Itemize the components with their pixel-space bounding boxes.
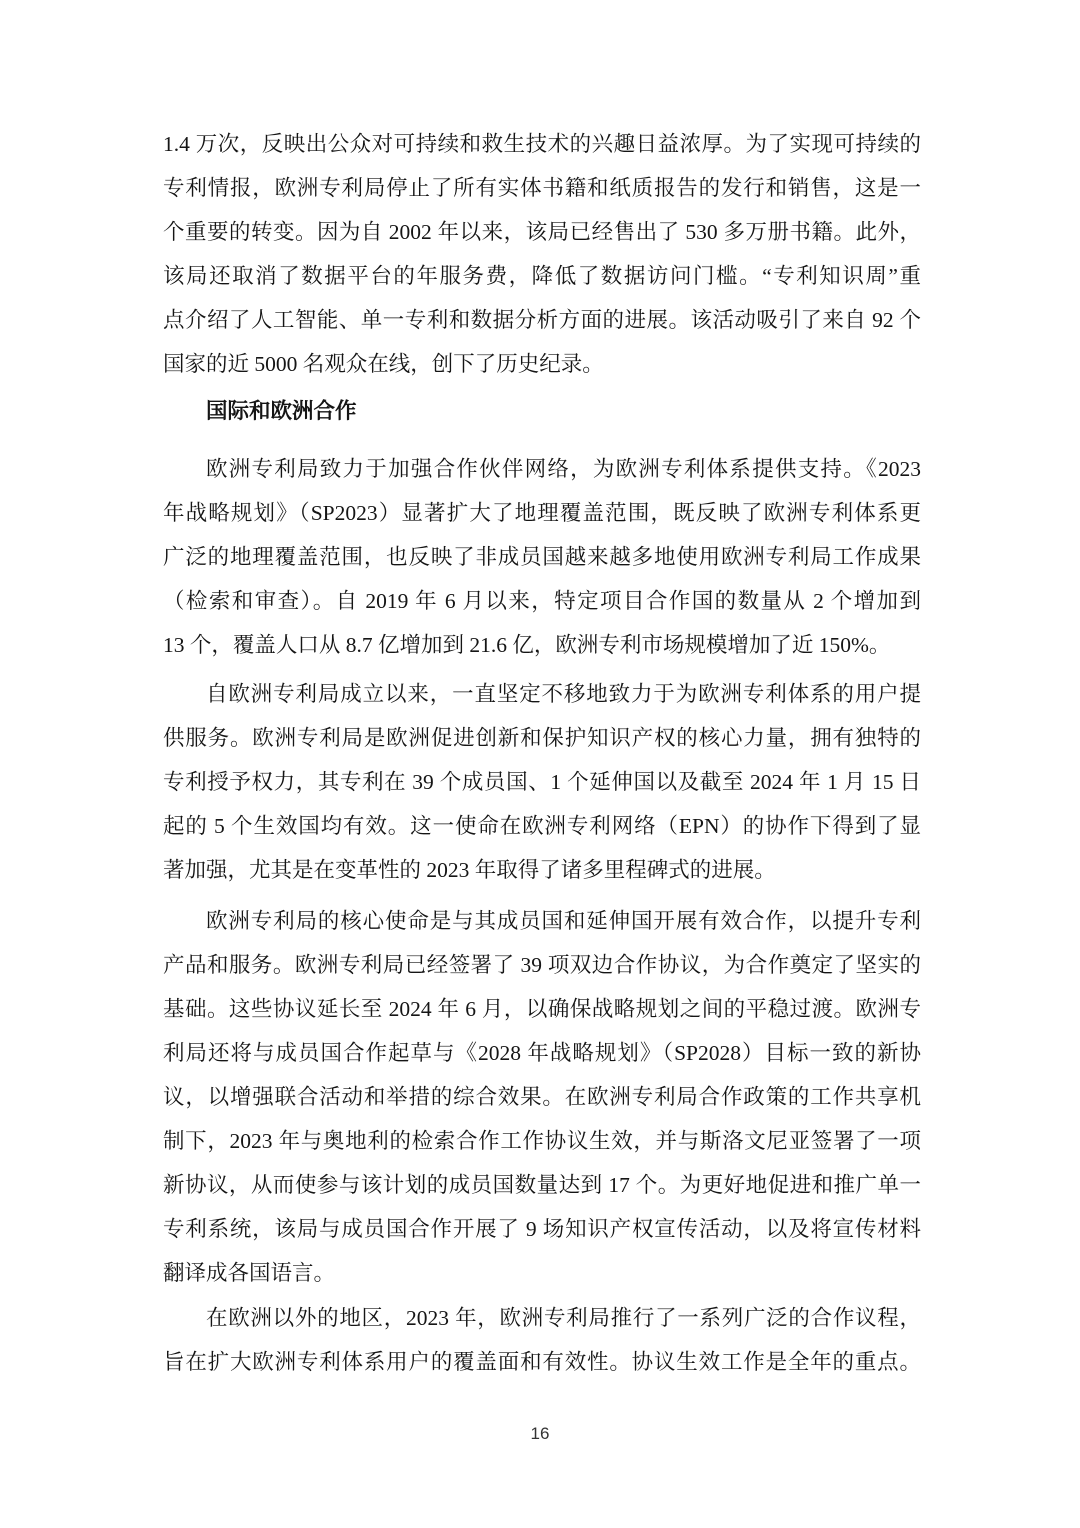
text-line: 13 个，覆盖人口从 8.7 亿增加到 21.6 亿，欧洲专利市场规模增加了近 …	[163, 623, 921, 667]
text-line: 专利情报，欧洲专利局停止了所有实体书籍和纸质报告的发行和销售，这是一	[163, 166, 921, 210]
text-line: 翻译成各国语言。	[163, 1251, 921, 1295]
section-heading-international-cooperation: 国际和欧洲合作	[163, 389, 921, 433]
text-line: 利局还将与成员国合作起草与《2028 年战略规划》（SP2028）目标一致的新协	[163, 1031, 921, 1075]
text-line: 著加强，尤其是在变革性的 2023 年取得了诸多里程碑式的进展。	[163, 848, 921, 892]
text-line: 点介绍了人工智能、单一专利和数据分析方面的进展。该活动吸引了来自 92 个	[163, 298, 921, 342]
paragraph-patent-intelligence: 1.4 万次，反映出公众对可持续和救生技术的兴趣日益浓厚。为了实现可持续的 专利…	[163, 122, 921, 386]
paragraph-beyond-europe: 在欧洲以外的地区，2023 年，欧洲专利局推行了一系列广泛的合作议程， 旨在扩大…	[163, 1296, 921, 1384]
text-line: 1.4 万次，反映出公众对可持续和救生技术的兴趣日益浓厚。为了实现可持续的	[163, 122, 921, 166]
text-line: 欧洲专利局的核心使命是与其成员国和延伸国开展有效合作，以提升专利	[163, 899, 921, 943]
text-line: 专利系统，该局与成员国合作开展了 9 场知识产权宣传活动，以及将宣传材料	[163, 1207, 921, 1251]
page-content: 1.4 万次，反映出公众对可持续和救生技术的兴趣日益浓厚。为了实现可持续的 专利…	[163, 122, 921, 1384]
text-line: 年战略规划》（SP2023）显著扩大了地理覆盖范围，既反映了欧洲专利体系更	[163, 491, 921, 535]
document-page: 1.4 万次，反映出公众对可持续和救生技术的兴趣日益浓厚。为了实现可持续的 专利…	[0, 0, 1080, 1528]
text-line: 欧洲专利局致力于加强合作伙伴网络，为欧洲专利体系提供支持。《2023	[163, 447, 921, 491]
text-line: （检索和审查）。自 2019 年 6 月以来，特定项目合作国的数量从 2 个增加…	[163, 579, 921, 623]
text-line: 国家的近 5000 名观众在线，创下了历史纪录。	[163, 342, 921, 386]
text-line: 专利授予权力，其专利在 39 个成员国、1 个延伸国以及截至 2024 年 1 …	[163, 760, 921, 804]
paragraph-epo-mission: 自欧洲专利局成立以来，一直坚定不移地致力于为欧洲专利体系的用户提 供服务。欧洲专…	[163, 672, 921, 892]
page-number: 16	[531, 1424, 550, 1443]
text-line: 该局还取消了数据平台的年服务费，降低了数据访问门槛。“专利知识周”重	[163, 254, 921, 298]
paragraph-member-state-cooperation: 欧洲专利局的核心使命是与其成员国和延伸国开展有效合作，以提升专利 产品和服务。欧…	[163, 899, 921, 1295]
text-line: 个重要的转变。因为自 2002 年以来，该局已经售出了 530 多万册书籍。此外…	[163, 210, 921, 254]
paragraph-strategic-plan-2023: 欧洲专利局致力于加强合作伙伴网络，为欧洲专利体系提供支持。《2023 年战略规划…	[163, 447, 921, 667]
text-line: 旨在扩大欧洲专利体系用户的覆盖面和有效性。协议生效工作是全年的重点。	[163, 1340, 921, 1384]
text-line: 制下，2023 年与奥地利的检索合作工作协议生效，并与斯洛文尼亚签署了一项	[163, 1119, 921, 1163]
text-line: 广泛的地理覆盖范围，也反映了非成员国越来越多地使用欧洲专利局工作成果	[163, 535, 921, 579]
text-line: 产品和服务。欧洲专利局已经签署了 39 项双边合作协议，为合作奠定了坚实的	[163, 943, 921, 987]
text-line: 基础。这些协议延长至 2024 年 6 月，以确保战略规划之间的平稳过渡。欧洲专	[163, 987, 921, 1031]
text-line: 供服务。欧洲专利局是欧洲促进创新和保护知识产权的核心力量，拥有独特的	[163, 716, 921, 760]
text-line: 在欧洲以外的地区，2023 年，欧洲专利局推行了一系列广泛的合作议程，	[163, 1296, 921, 1340]
text-line: 自欧洲专利局成立以来，一直坚定不移地致力于为欧洲专利体系的用户提	[163, 672, 921, 716]
text-line: 新协议，从而使参与该计划的成员国数量达到 17 个。为更好地促进和推广单一	[163, 1163, 921, 1207]
text-line: 起的 5 个生效国均有效。这一使命在欧洲专利网络（EPN）的协作下得到了显	[163, 804, 921, 848]
page-footer: 16	[0, 1424, 1080, 1444]
text-line: 议，以增强联合活动和举措的综合效果。在欧洲专利局合作政策的工作共享机	[163, 1075, 921, 1119]
